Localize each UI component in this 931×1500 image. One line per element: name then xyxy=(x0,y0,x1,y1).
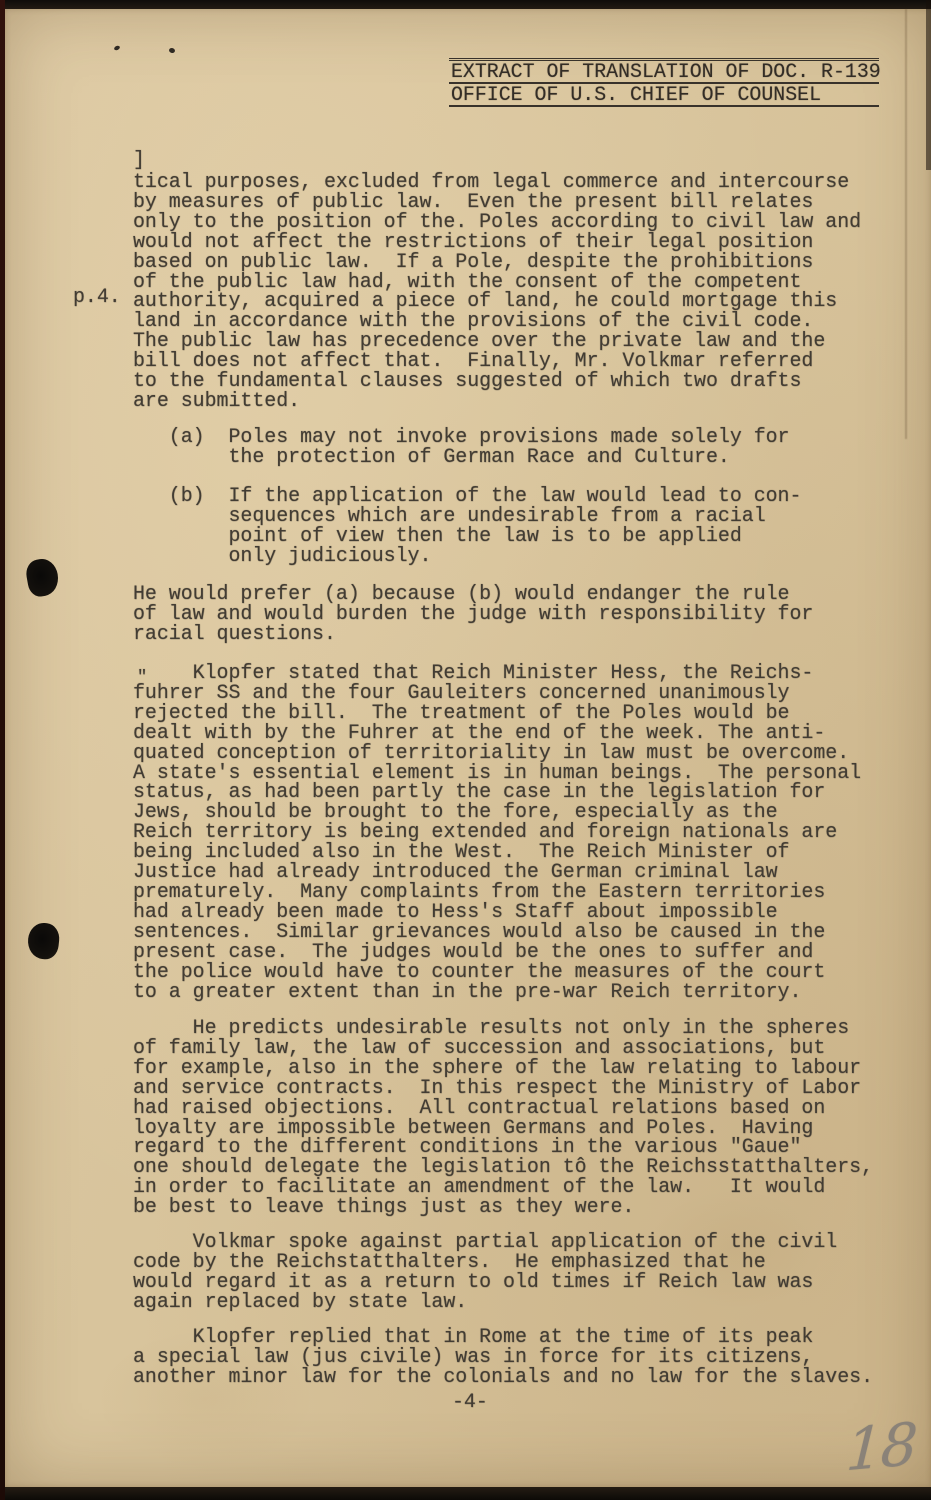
document-header: EXTRACT OF TRANSLATION OF DOC. R-139 OFF… xyxy=(449,58,879,107)
paper-crease xyxy=(905,9,907,439)
scan-edge-right xyxy=(926,0,931,170)
scan-edge-left xyxy=(0,0,5,1500)
scan-edge-top xyxy=(0,0,931,9)
margin-page-ref: p.4. xyxy=(73,287,121,307)
paragraph-4: He predicts undesirable results not only… xyxy=(133,1018,873,1217)
page-number: -4- xyxy=(452,1392,488,1412)
paragraph-3: Klopfer stated that Reich Minister Hess,… xyxy=(133,663,861,1001)
margin-bracket-mark: ] xyxy=(133,150,145,170)
scan-edge-bottom xyxy=(0,1487,931,1500)
list-item-b: (b) If the application of the law would … xyxy=(133,486,801,566)
handwritten-page-number: 18 xyxy=(845,1415,918,1480)
paragraph-5: Volkmar spoke against partial applicatio… xyxy=(133,1232,837,1312)
header-title-line1: EXTRACT OF TRANSLATION OF DOC. R-139 xyxy=(449,61,879,84)
typed-umlaut-mark: " xyxy=(137,668,147,688)
paragraph-6: Klopfer replied that in Rome at the time… xyxy=(133,1327,873,1387)
paragraph-2: He would prefer (a) because (b) would en… xyxy=(133,584,813,644)
header-title-line2: OFFICE OF U.S. CHIEF OF COUNSEL xyxy=(449,84,879,107)
list-item-a: (a) Poles may not invoke provisions made… xyxy=(133,427,790,467)
paragraph-1: tical purposes, excluded from legal comm… xyxy=(133,172,861,411)
